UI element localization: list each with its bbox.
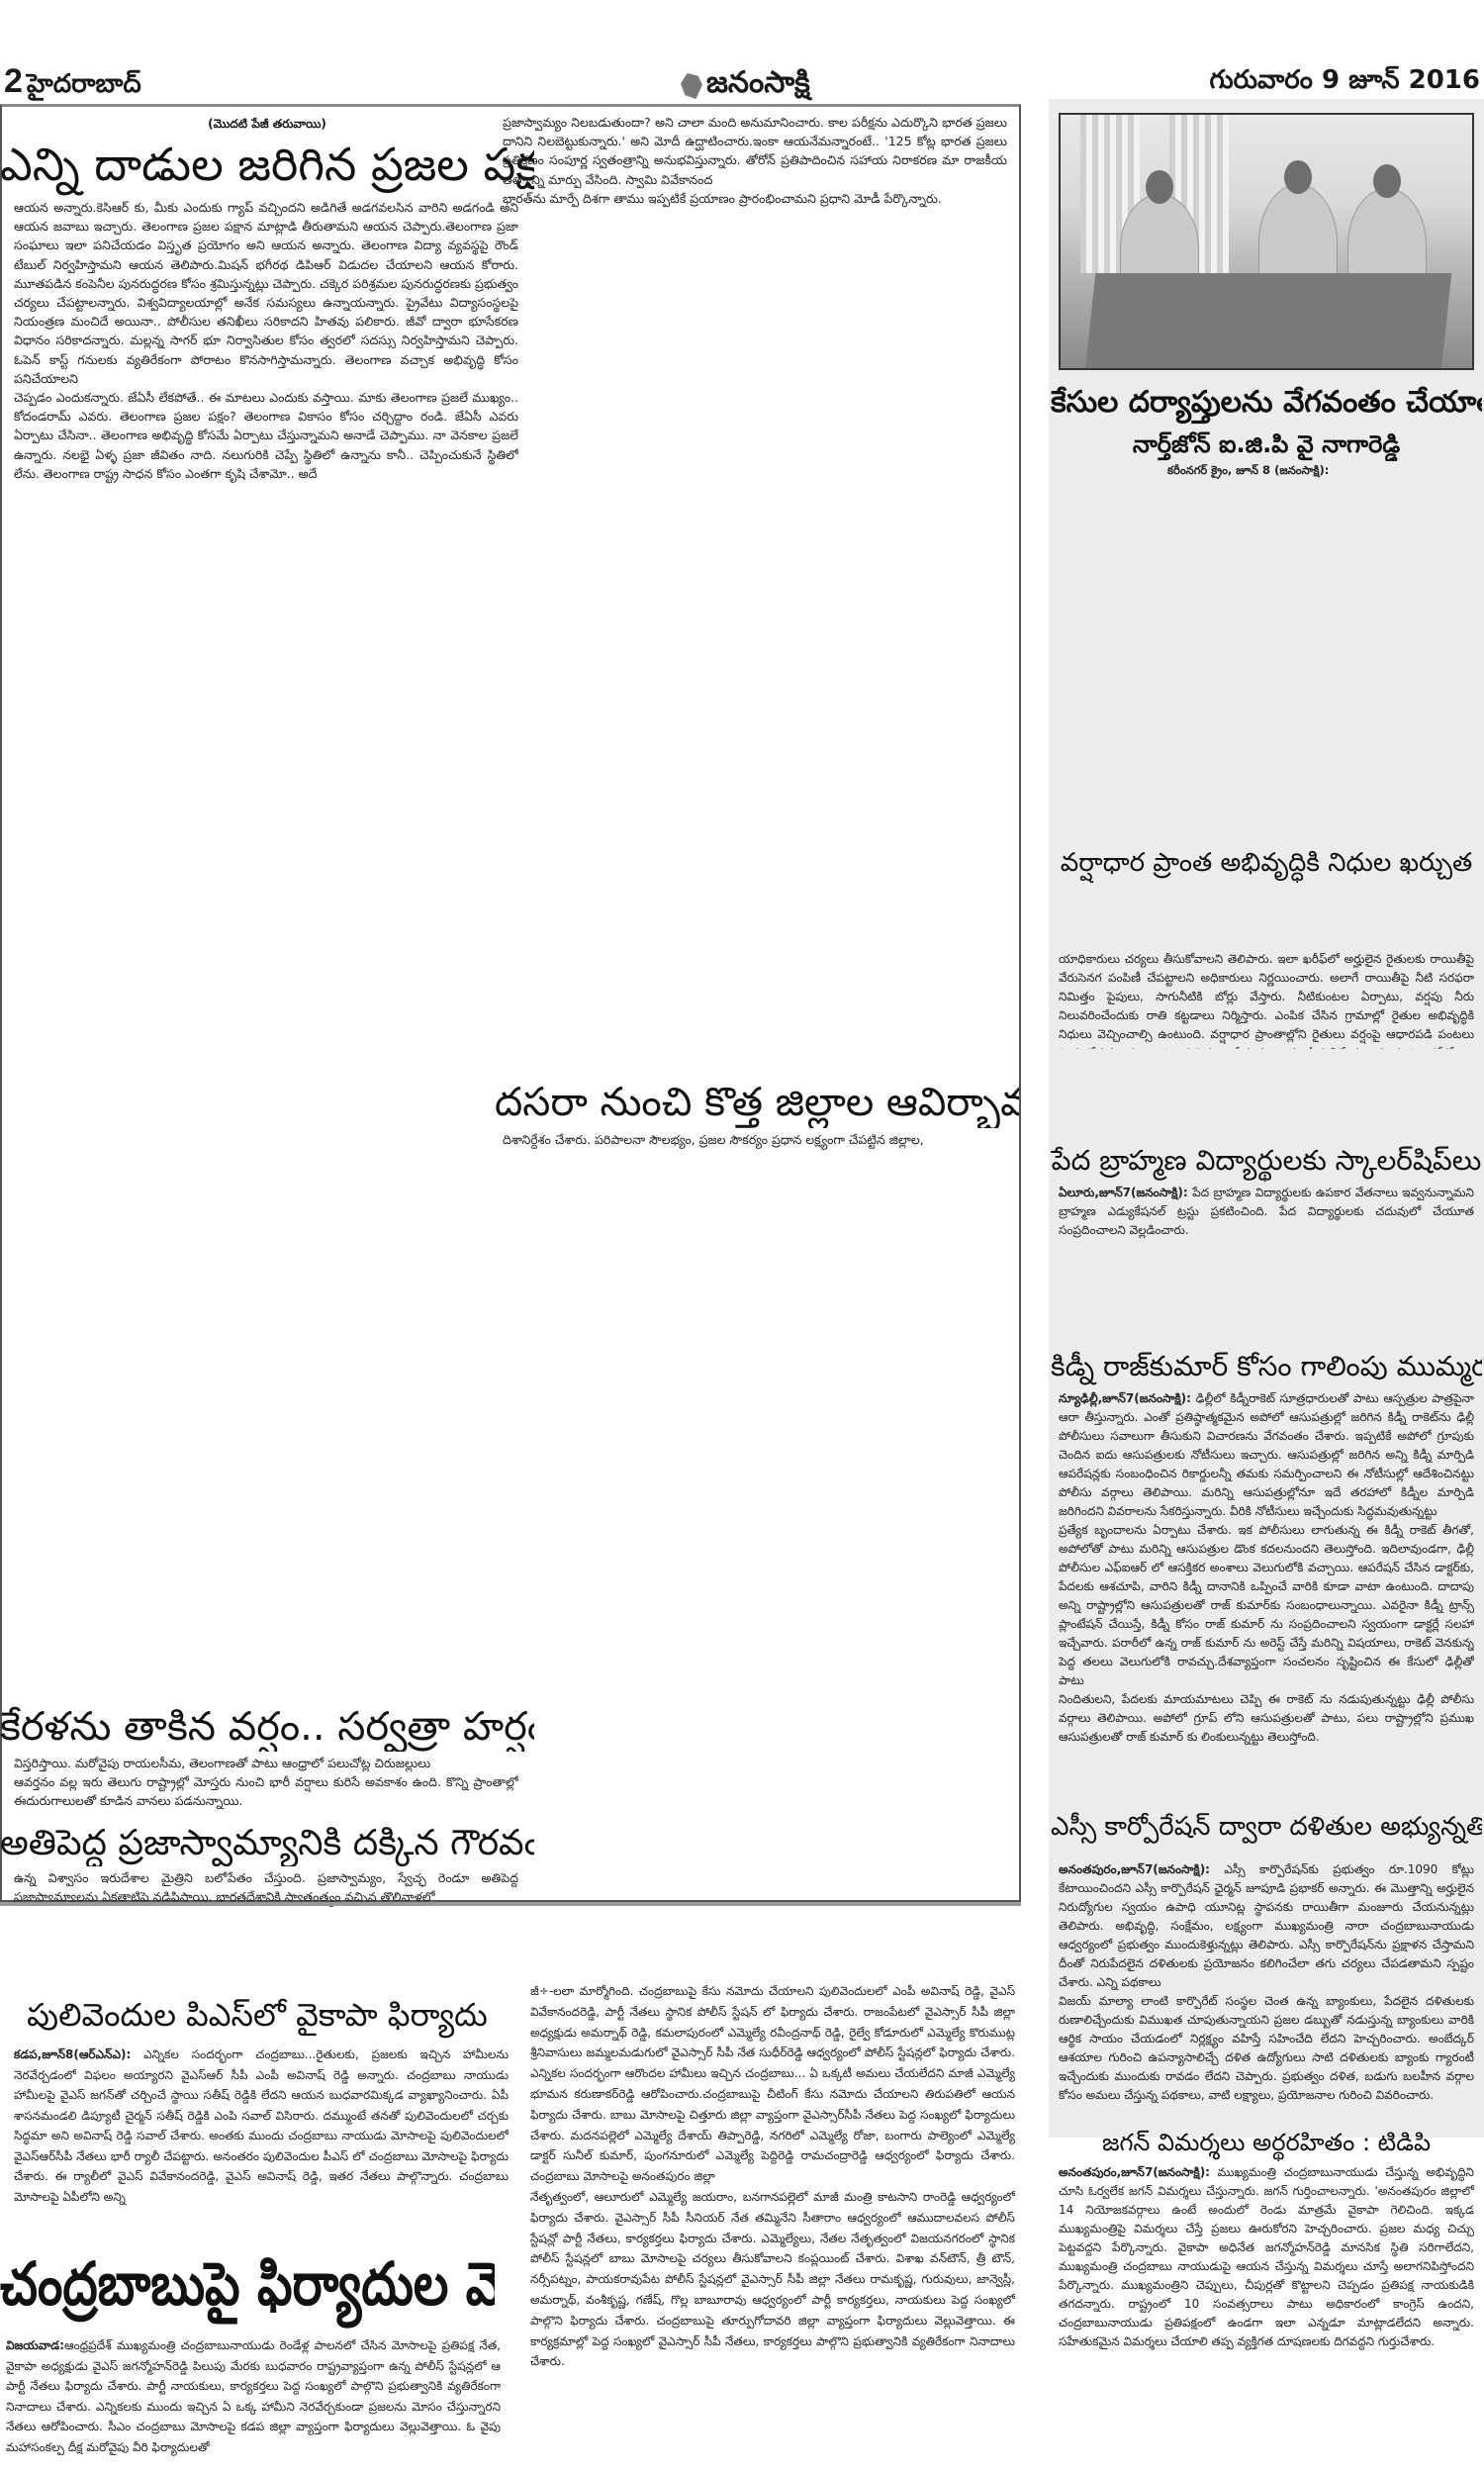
paragraph-text: ఆంధ్రప్రదేశ్ ముఖ్యమంత్రి చంద్రబాబునాయుడు… [6, 2338, 501, 2454]
dateline: అనంతపురం,జూన్7(జనంసాక్షి): [1059, 1862, 1210, 1876]
masthead: 2హైదరాబాద్ జనంసాక్షి గురువారం 9 జూన్ 201… [0, 61, 1484, 103]
paragraph: భారత్‌ను మార్పే దిశగా తాము ఇప్పటికే ప్రయ… [503, 189, 1007, 208]
headline-democracy-honour: అతిపెద్ద ప్రజాస్వామ్యానికి దక్కిన గౌరవం [0, 1821, 534, 1866]
headline-rainfed-funds: వర్షాధార ప్రాంత అభివృద్ధికి నిధుల ఖర్చుత [1051, 843, 1482, 883]
article-body-new-districts: దిశానిర్దేశం చేశారు. పరిపాలనా సౌలభ్యం, ప… [503, 1130, 1007, 1897]
headline-sc-corporation: ఎస్సీ కార్పోరేషన్ ద్వారా దళితుల అభ్యున్న… [1051, 1807, 1482, 1847]
officer-head [1373, 164, 1401, 198]
article-body-brahmin-scholarships: ఏలూరు,జూన్7(జనంసాక్షి): పేద బ్రాహ్మణ విద… [1059, 1184, 1474, 1342]
subheadline-dig-nagareddy: నార్త్‌జోన్ ఐ.జి.పి వై నాగారెడ్డి [1051, 428, 1482, 461]
article-body-jagan-criticism: అనంతపురం,జూన్7(జనంసాక్షి): ముఖ్యమంత్రి చ… [1059, 2163, 1474, 2381]
paragraph-text: ఎన్నికల సందర్భంగా చంద్రబాబు...రైతులకు, ప… [14, 2047, 509, 2204]
dateline: కడప,జూన్8(ఆర్‌ఎన్‌ఎ): [14, 2047, 131, 2061]
paragraph-text: ఢిల్లీలో కిడ్నీరాకెట్ సూత్రధారులతో పాటు … [1059, 1391, 1474, 1518]
paragraph-text: ఎస్సీ కార్పొరేషన్‌కు ప్రభుత్వం రూ.1090 క… [1059, 1862, 1474, 1989]
page-number: 2 [4, 62, 23, 100]
paragraph: చెప్పడం ఎందుకన్నారు. జేఏసీ లేకపోతే.. ఈ మ… [14, 388, 518, 483]
headline-new-districts: దసరా నుంచి కొత్త జిల్లాల ఆవిర్భావం [495, 1077, 1019, 1128]
paragraph: దిశానిర్దేశం చేశారు. పరిపాలనా సౌలభ్యం, ప… [503, 1130, 1007, 1149]
meeting-table [1085, 273, 1452, 370]
paragraph: విజయ్ మాల్యా లాంటి కార్పొరేట్ సంస్థల చెం… [1059, 1992, 1474, 2105]
paragraph-text: ముఖ్యమంత్రి చంద్రబాబునాయుడు చేస్తున్న అభ… [1059, 2165, 1474, 2348]
headline-complaints-flood: చంద్రబాబుపై ఫిర్యాదుల వెల్లువ [0, 2236, 495, 2331]
headline-kerala-rain: కేరళను తాకిన వర్షం.. సర్వత్రా హర్షం [0, 1702, 534, 1752]
headline-kodandaram: ఎన్ని దాడుల జరిగిన ప్రజల పక్షమే [0, 133, 534, 196]
continued-kicker: (మొదటి పేజీ తరువాయి) [0, 117, 534, 134]
headline-kidney-racket: కిడ్నీ రాజ్‌కుమార్ కోసం గాలింపు ముమ్మరం [1051, 1346, 1482, 1387]
edition-city: హైదరాబాద్ [27, 69, 141, 99]
article-body-kodandaram: ఆయన అన్నారు.కెసిఆర్ కు, మీకు ఎందుకు గ్యా… [14, 198, 518, 1700]
paragraph: ఆయన అన్నారు.కెసిఆర్ కు, మీకు ఎందుకు గ్యా… [14, 198, 518, 388]
telangana-map-logo-icon [681, 73, 702, 99]
article-body-sc-corporation: అనంతపురం,జూన్7(జనంసాక్షి): ఎస్సీ కార్పొర… [1059, 1860, 1474, 2120]
paragraph: నిందితులని, పేదలకు మాయమాటలు చెప్పి ఈ రాక… [1059, 1690, 1474, 1747]
paragraph: అనంతపురం,జూన్7(జనంసాక్షి): ఎస్సీ కార్పొర… [1059, 1860, 1474, 1992]
headline-jagan-criticism: జగన్ విమర్శలు అర్థరహితం : టిడిపి [1051, 2124, 1482, 2161]
paragraph: ఉన్న విశ్వాసం ఇరుదేశాల మైత్రిని బలోపేతం … [14, 1868, 518, 1906]
paragraph: అనంతపురం,జూన్7(జనంసాక్షి): ముఖ్యమంత్రి చ… [1059, 2163, 1474, 2351]
paragraph: ఆవర్తనం వల్ల ఇరు తెలుగు రాష్ట్రాల్లో మోస… [14, 1772, 518, 1810]
paragraph: ప్రజాస్వామ్యం నిలబడుతుందా? అని చాలా మంది… [503, 113, 1007, 189]
paragraph: కడప,జూన్8(ఆర్‌ఎన్‌ఎ): ఎన్నికల సందర్భంగా … [14, 2045, 509, 2207]
paragraph: ఏలూరు,జూన్7(జనంసాక్షి): పేద బ్రాహ్మణ విద… [1059, 1184, 1474, 1240]
paragraph: విస్తరిస్తాయి. మరోవైపు రాయలసీమ, తెలంగాణత… [14, 1754, 518, 1772]
paragraph: ప్రత్యేక బృందాలను ఏర్పాటు చేశారు. ఇక పోల… [1059, 1521, 1474, 1690]
section-divider [0, 1902, 1021, 1906]
dateline: అనంతపురం,జూన్7(జనంసాక్షి): [1059, 2165, 1210, 2179]
brand-name: జనంసాక్షి [706, 65, 810, 107]
article-body-pulivendula: కడప,జూన్8(ఆర్‌ఎన్‌ఎ): ఎన్నికల సందర్భంగా … [14, 2045, 509, 2225]
dateline: న్యూఢిల్లీ,జూన్7(జనంసాక్షి): [1059, 1391, 1191, 1405]
dateline-dig-nagareddy: కరీంనగర్ క్రైం, జూన్ 8 (జనంసాక్షి): [1167, 461, 1464, 481]
article-body-kidney-racket: న్యూఢిల్లీ,జూన్7(జనంసాక్షి): ఢిల్లీలో కి… [1059, 1389, 1474, 1771]
news-photo-police-meeting [1059, 113, 1474, 370]
paragraph: జీ÷-లలా మార్మోగింది. చంద్రబాబుపై కేసు నమ… [530, 1981, 1015, 2187]
article-body-complaints-flood-1: విజయవాడ:ఆంధ్రప్రదేశ్ ముఖ్యమంత్రి చంద్రబా… [6, 2335, 501, 2464]
paragraph: నేతృత్వంలో, ఆలూరులో ఎమ్మెల్యే జయరాం, బనగ… [530, 2187, 1015, 2372]
headline-brahmin-scholarships: పేద బ్రాహ్మణ విద్యార్థులకు స్కాలర్‌షిప్‌… [1051, 1140, 1482, 1182]
officer-head [1284, 160, 1312, 194]
page-number-block: 2హైదరాబాద్ [4, 61, 141, 104]
article-body-kerala-rain: విస్తరిస్తాయి. మరోవైపు రాయలసీమ, తెలంగాణత… [14, 1754, 518, 1821]
dateline: విజయవాడ: [6, 2338, 64, 2352]
article-body-rainfed-pre: యాధికారులు చర్యలు తీసుకోవాలని తెలిపారు. … [1059, 950, 1474, 1049]
paragraph: న్యూఢిల్లీ,జూన్7(జనంసాక్షి): ఢిల్లీలో కి… [1059, 1389, 1474, 1521]
article-body-complaints-flood-2: జీ÷-లలా మార్మోగింది. చంద్రబాబుపై కేసు నమ… [530, 1981, 1015, 2464]
headline-pulivendula: పులివెందుల పిఎస్‌లో వైకాపా ఫిర్యాదు [0, 1991, 514, 2039]
article-body-modi: ప్రజాస్వామ్యం నిలబడుతుందా? అని చాలా మంది… [503, 113, 1007, 1073]
headline-dig-nagareddy: కేసుల దర్యాప్తులను వేగవంతం చేయాలి [1051, 380, 1482, 426]
dateline: ఏలూరు,జూన్7(జనంసాక్షి): [1059, 1186, 1188, 1199]
officer-head [1146, 170, 1173, 204]
paragraph: యాధికారులు చర్యలు తీసుకోవాలని తెలిపారు. … [1059, 950, 1474, 1049]
issue-date: గురువారం 9 జూన్ 2016 [1209, 65, 1480, 101]
paragraph: విజయవాడ:ఆంధ్రప్రదేశ్ ముఖ్యమంత్రి చంద్రబా… [6, 2335, 501, 2457]
newspaper-brand: జనంసాక్షి [681, 65, 810, 107]
